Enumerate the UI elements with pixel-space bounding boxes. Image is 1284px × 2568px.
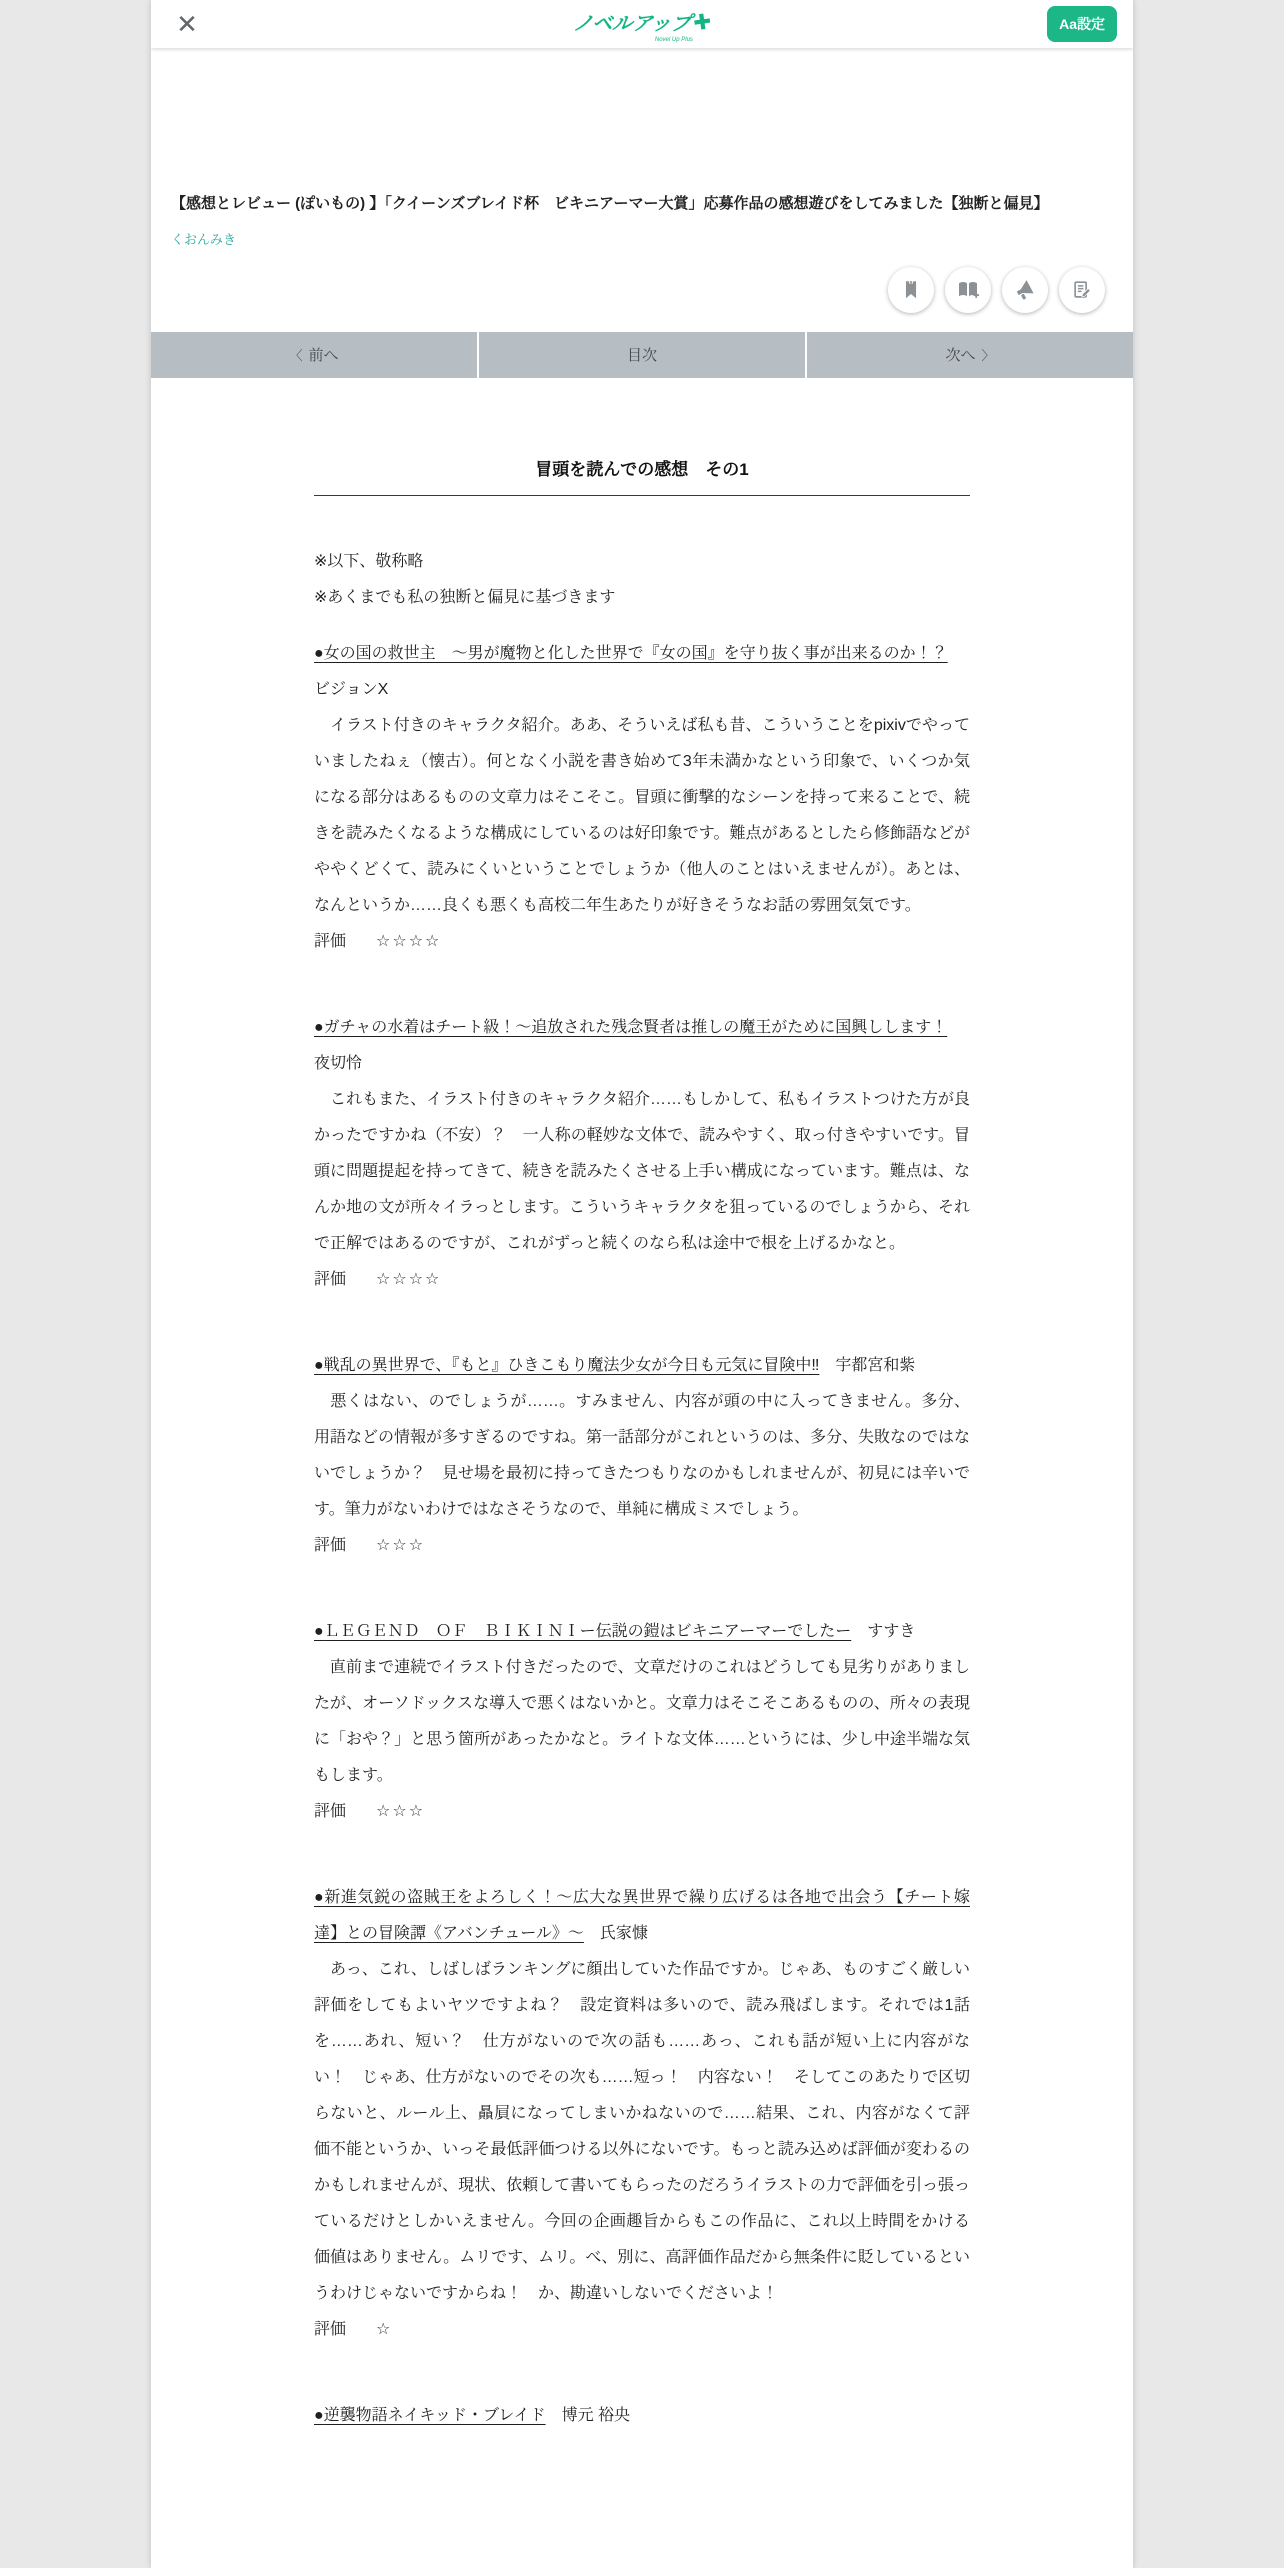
review-section: ●逆襲物語ネイキッド・ブレイド博元 裕央 (314, 2398, 970, 2434)
brand-logo-text: ノベルアップ (572, 14, 692, 34)
prev-chapter-button[interactable]: 〈 前へ (151, 332, 477, 378)
chapter-nav: 〈 前へ 目次 次へ 〉 (151, 332, 1133, 378)
rating-label: 評価 (314, 1271, 346, 1288)
reviewed-work-author: 夜切怜 (314, 1046, 970, 1082)
bookmark-button[interactable] (888, 267, 934, 313)
review-section: ●女の国の救世主 ～男が魔物と化した世界で『女の国』を守り抜く事が出来るのか！？… (314, 636, 970, 960)
prev-chapter-label: 前へ (309, 344, 339, 365)
episode-title: 冒頭を読んでの感想 その1 (314, 458, 970, 497)
reviewed-work-title: ●女の国の救世主 ～男が魔物と化した世界で『女の国』を守り抜く事が出来るのか！？ (314, 645, 948, 662)
review-body: あっ、これ、しばしばランキングに顔出していた作品ですか。じゃあ、ものすごく厳しい… (314, 1952, 970, 2312)
megaphone-icon (1013, 278, 1037, 302)
reviewed-work-author: 宇都宮和紫 (835, 1357, 915, 1374)
rating-line: 評価☆☆☆☆ (314, 1262, 970, 1298)
rating-line: 評価☆☆☆ (314, 1528, 970, 1564)
note-line: ※あくまでも私の独断と偏見に基づきます (314, 580, 970, 616)
rating-label: 評価 (314, 1803, 346, 1820)
review-body: これもまた、イラスト付きのキャラクタ紹介……もしかして、私もイラストつけた方が良… (314, 1082, 970, 1262)
novel-title: 【感想とレビュー (ぽいもの) 】「クイーンズブレイド杯 ビキニアーマー大賞」応… (171, 193, 1113, 216)
bookmark-icon (900, 279, 922, 301)
write-review-icon (1071, 279, 1093, 301)
reviewed-work-author: 氏家慷 (600, 1925, 648, 1942)
bookshelf-add-button[interactable] (945, 267, 991, 313)
rating-stars: ☆☆☆ (376, 1537, 425, 1554)
write-review-button[interactable] (1059, 267, 1105, 313)
rating-stars: ☆ (376, 2321, 392, 2338)
reviewed-work-author: すすき (867, 1623, 915, 1640)
rating-stars: ☆☆☆ (376, 1803, 425, 1820)
review-body: 直前まで連続でイラスト付きだったので、文章だけのこれはどうしても見劣りがありまし… (314, 1650, 970, 1794)
rating-line: 評価☆☆☆☆ (314, 924, 970, 960)
reader-page: ✕ ノベルアップ Novel Up Plus Aa設定 【感想とレビュー (ぽい… (151, 0, 1133, 2568)
rating-stars: ☆☆☆☆ (376, 933, 441, 950)
rating-line: 評価☆☆☆ (314, 1794, 970, 1830)
work-info: 【感想とレビュー (ぽいもの) 】「クイーンズブレイド杯 ビキニアーマー大賞」応… (151, 48, 1133, 249)
reviewed-work-title: ●逆襲物語ネイキッド・ブレイド (314, 2407, 546, 2424)
chevron-right-icon: 〉 (982, 345, 995, 364)
brand-logo-subtext: Novel Up Plus (655, 37, 693, 43)
review-section: ●新進気鋭の盗賊王をよろしく！～広大な異世界で繰り広げるは各地で出会う【チート嫁… (314, 1880, 970, 2348)
toc-label: 目次 (627, 344, 657, 365)
action-button-row (151, 249, 1133, 313)
review-section: ●ＬＥＧＥＮＤ ＯＦ ＢＩＫＩＮＩー伝説の鎧はビキニアーマーでしたーすすき 直前… (314, 1614, 970, 1830)
rating-line: 評価☆ (314, 2312, 970, 2348)
rating-label: 評価 (314, 2321, 346, 2338)
next-chapter-button[interactable]: 次へ 〉 (805, 332, 1133, 378)
bookshelf-add-icon (956, 278, 980, 302)
review-section: ●戦乱の異世界で、『もと』ひきこもり魔法少女が今日も元気に冒険中‼宇都宮和紫 悪… (314, 1348, 970, 1564)
rating-label: 評価 (314, 1537, 346, 1554)
review-body: イラスト付きのキャラクタ紹介。ああ、そういえば私も昔、こういうことをpixivで… (314, 708, 970, 924)
review-body: 悪くはない、のでしょうが……。すみません、内容が頭の中に入ってきません。多分、用… (314, 1384, 970, 1528)
chevron-left-icon: 〈 (289, 345, 302, 364)
reviewed-work-title: ●ＬＥＧＥＮＤ ＯＦ ＢＩＫＩＮＩー伝説の鎧はビキニアーマーでしたー (314, 1623, 851, 1640)
review-section: ●ガチャの水着はチート級！～追放された残念賢者は推しの魔王がために国興しします！… (314, 1010, 970, 1298)
close-button[interactable]: ✕ (169, 6, 205, 42)
toc-button[interactable]: 目次 (477, 332, 805, 378)
next-chapter-label: 次へ (945, 344, 975, 365)
reviewed-work-title: ●ガチャの水着はチート級！～追放された残念賢者は推しの魔王がために国興しします！ (314, 1019, 947, 1036)
plus-icon (692, 12, 712, 36)
rating-stars: ☆☆☆☆ (376, 1271, 441, 1288)
header-bar: ✕ ノベルアップ Novel Up Plus Aa設定 (151, 0, 1133, 48)
rating-label: 評価 (314, 933, 346, 950)
note-line: ※以下、敬称略 (314, 544, 970, 580)
episode-notes: ※以下、敬称略 ※あくまでも私の独断と偏見に基づきます (314, 544, 970, 616)
reviewed-work-author: 博元 裕央 (562, 2407, 630, 2424)
episode-content: 冒頭を読んでの感想 その1 ※以下、敬称略 ※あくまでも私の独断と偏見に基づきま… (314, 378, 970, 2435)
reviewed-work-title: ●戦乱の異世界で、『もと』ひきこもり魔法少女が今日も元気に冒険中‼ (314, 1357, 819, 1374)
brand-logo: ノベルアップ Novel Up Plus (573, 13, 711, 35)
megaphone-button[interactable] (1002, 267, 1048, 313)
reviewed-work-author: ビジョンX (314, 672, 970, 708)
novel-author-link[interactable]: くおんみき (171, 229, 236, 248)
font-settings-button[interactable]: Aa設定 (1047, 6, 1117, 42)
